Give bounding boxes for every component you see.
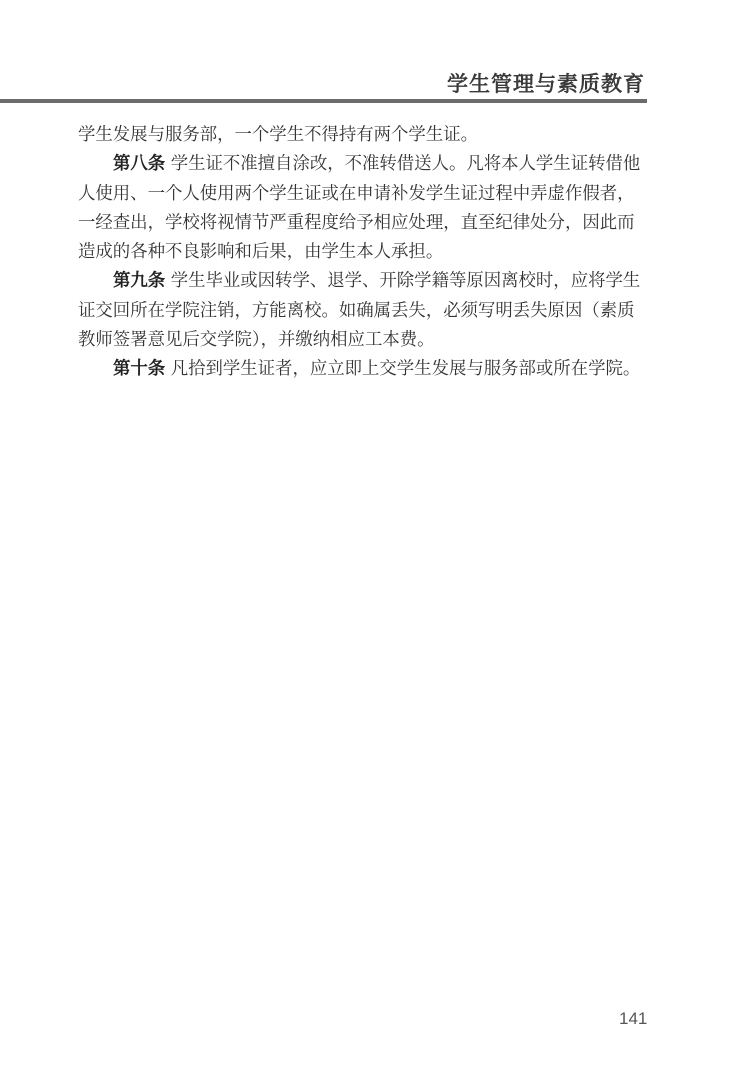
- article-text: 凡拾到学生证者，应立即上交学生发展与服务部或所在学院。: [165, 359, 640, 379]
- header-rule: [0, 99, 647, 103]
- article-text-line: 造成的各种不良影响和后果，由学生本人承担。: [78, 238, 648, 267]
- article-text-line: 人使用、一个人使用两个学生证或在申请补发学生证过程中弄虚作假者，: [78, 180, 648, 209]
- article-text-line: 证交回所在学院注销，方能离校。如确属丢失，必须写明丢失原因（素质: [78, 297, 648, 326]
- body-text: 学生发展与服务部，一个学生不得持有两个学生证。 第八条 学生证不准擅自涂改，不准…: [78, 121, 648, 385]
- article-text: 学生证不准擅自涂改，不准转借送人。凡将本人学生证转借他: [165, 154, 640, 174]
- article-text: 学生毕业或因转学、退学、开除学籍等原因离校时，应将学生: [165, 271, 640, 291]
- article-first-line: 第九条 学生毕业或因转学、退学、开除学籍等原因离校时，应将学生: [78, 267, 648, 296]
- article-9: 第九条 学生毕业或因转学、退学、开除学籍等原因离校时，应将学生 证交回所在学院注…: [78, 267, 648, 355]
- article-label: 第十条: [113, 359, 165, 379]
- article-first-line: 第十条 凡拾到学生证者，应立即上交学生发展与服务部或所在学院。: [78, 355, 648, 384]
- article-10: 第十条 凡拾到学生证者，应立即上交学生发展与服务部或所在学院。: [78, 355, 648, 384]
- page-number: 141: [619, 1009, 647, 1029]
- running-header: 学生管理与素质教育: [0, 70, 647, 104]
- article-8: 第八条 学生证不准擅自涂改，不准转借送人。凡将本人学生证转借他 人使用、一个人使…: [78, 150, 648, 267]
- article-first-line: 第八条 学生证不准擅自涂改，不准转借送人。凡将本人学生证转借他: [78, 150, 648, 179]
- chapter-title: 学生管理与素质教育: [447, 72, 645, 96]
- article-text-line: 一经查出，学校将视情节严重程度给予相应处理，直至纪律处分，因此而: [78, 209, 648, 238]
- article-text-line: 教师签署意见后交学院），并缴纳相应工本费。: [78, 326, 648, 355]
- continuation-line: 学生发展与服务部，一个学生不得持有两个学生证。: [78, 121, 648, 150]
- article-label: 第八条: [113, 154, 165, 174]
- article-label: 第九条: [113, 271, 165, 291]
